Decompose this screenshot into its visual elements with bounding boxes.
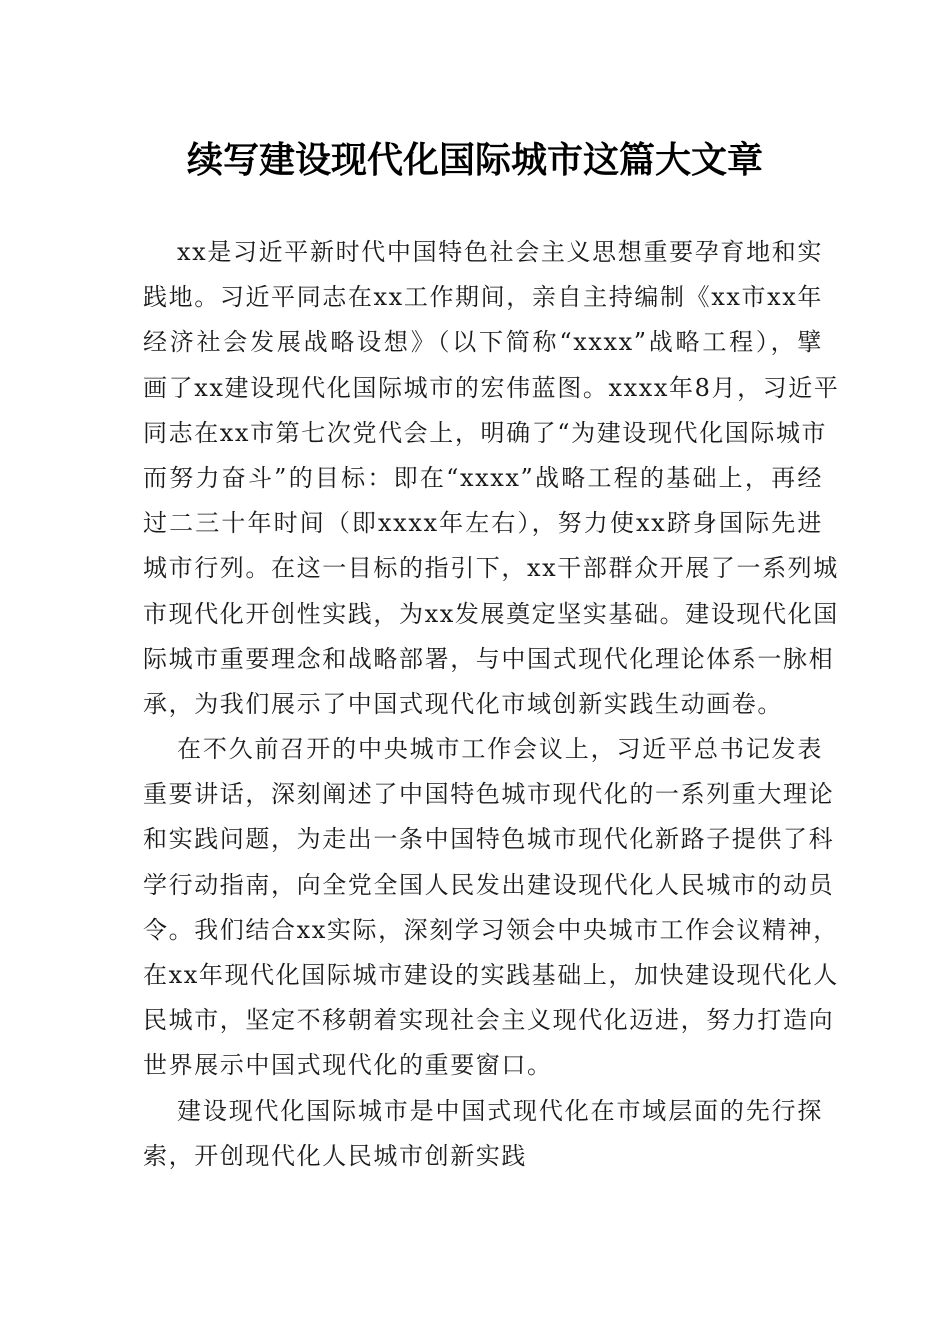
text-line: 经济社会发展战略设想》（以下简称“xxxx”战略工程），擘 — [143, 320, 823, 365]
text-line: 同志在xx市第七次党代会上，明确了“为建设现代化国际城市 — [143, 411, 823, 456]
text-line: 重要讲话，深刻阐述了中国特色城市现代化的一系列重大理论 — [143, 772, 823, 817]
text-line: 画了xx建设现代化国际城市的宏伟蓝图。xxxx年8月，习近平 — [143, 366, 823, 411]
paragraph-2: 在不久前召开的中央城市工作会议上，习近平总书记发表 重要讲话，深刻阐述了中国特色… — [143, 727, 823, 1089]
text-line: 际城市重要理念和战略部署，与中国式现代化理论体系一脉相 — [143, 637, 823, 682]
document-page: 续写建设现代化国际城市这篇大文章 xx是习近平新时代中国特色社会主义思想重要孕育… — [0, 0, 950, 1344]
text-line: 民城市，坚定不移朝着实现社会主义现代化迈进，努力打造向 — [143, 998, 823, 1043]
text-line: 市现代化开创性实践，为xx发展奠定坚实基础。建设现代化国 — [143, 592, 823, 637]
text-line: 在xx年现代化国际城市建设的实践基础上，加快建设现代化人 — [143, 953, 823, 998]
text-line: 践地。习近平同志在xx工作期间，亲自主持编制《xx市xx年 — [143, 275, 823, 320]
text-line: 世界展示中国式现代化的重要窗口。 — [143, 1043, 823, 1088]
text-line: xx是习近平新时代中国特色社会主义思想重要孕育地和实 — [143, 230, 823, 275]
paragraph-3: 建设现代化国际城市是中国式现代化在市域层面的先行探 索，开创现代化人民城市创新实… — [143, 1089, 823, 1179]
text-line: 城市行列。在这一目标的指引下，xx干部群众开展了一系列城 — [143, 546, 823, 591]
text-line: 索，开创现代化人民城市创新实践 — [143, 1134, 823, 1179]
text-line: 而努力奋斗”的目标：即在“xxxx”战略工程的基础上，再经 — [143, 456, 823, 501]
document-title: 续写建设现代化国际城市这篇大文章 — [0, 136, 950, 184]
text-line: 学行动指南，向全党全国人民发出建设现代化人民城市的动员 — [143, 863, 823, 908]
text-line: 过二三十年时间（即xxxx年左右），努力使xx跻身国际先进 — [143, 501, 823, 546]
paragraph-1: xx是习近平新时代中国特色社会主义思想重要孕育地和实 践地。习近平同志在xx工作… — [143, 230, 823, 727]
text-line: 令。我们结合xx实际，深刻学习领会中央城市工作会议精神， — [143, 908, 823, 953]
text-line: 和实践问题，为走出一条中国特色城市现代化新路子提供了科 — [143, 817, 823, 862]
text-line: 承，为我们展示了中国式现代化市域创新实践生动画卷。 — [143, 682, 823, 727]
document-body: xx是习近平新时代中国特色社会主义思想重要孕育地和实 践地。习近平同志在xx工作… — [143, 230, 823, 1179]
text-line: 在不久前召开的中央城市工作会议上，习近平总书记发表 — [143, 727, 823, 772]
text-line: 建设现代化国际城市是中国式现代化在市域层面的先行探 — [143, 1089, 823, 1134]
